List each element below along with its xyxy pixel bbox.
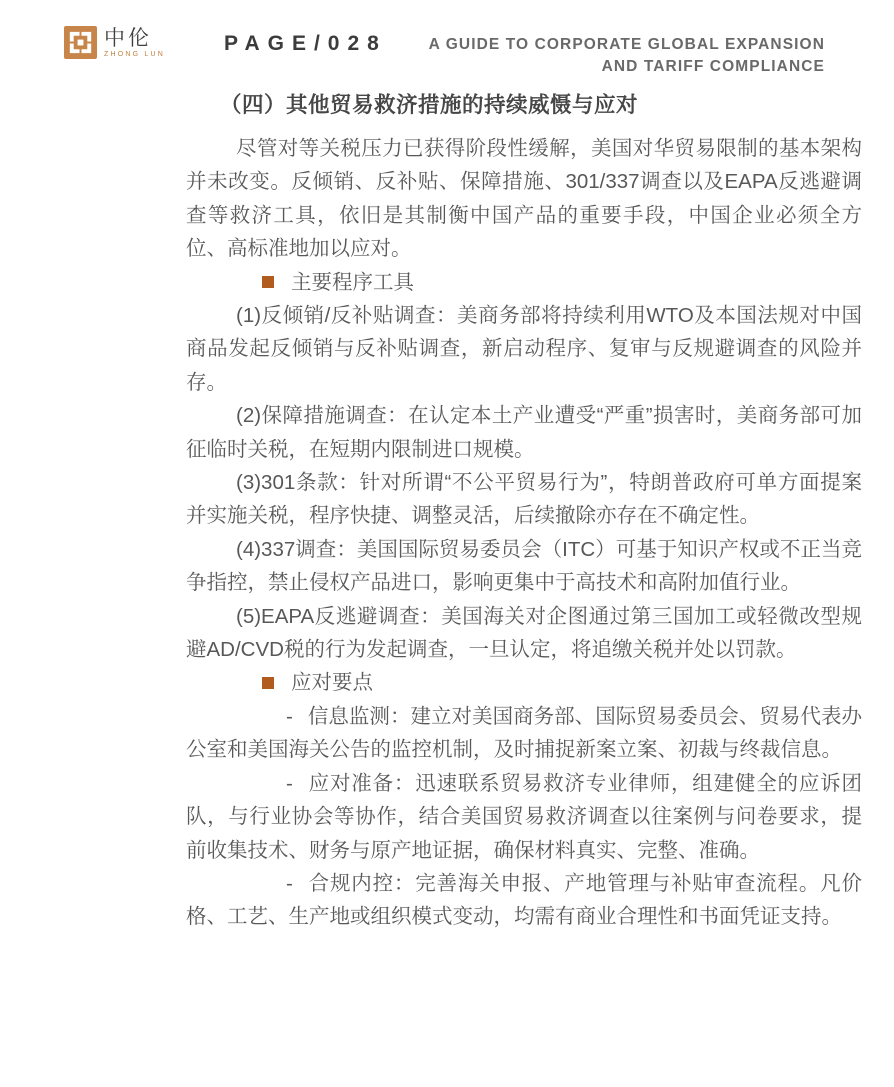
point-item-2: -应对准备：迅速联系贸易救济专业律师，组建健全的应诉团队，与行业协会等协作，结合… <box>186 767 862 867</box>
dash-bullet: - <box>236 867 293 900</box>
point-item-1: -信息监测：建立对美国商务部、国际贸易委员会、贸易代表办公室和美国海关公告的监控… <box>186 700 862 767</box>
tool-item-4: (4)337调查：美国国际贸易委员会（ITC）可基于知识产权或不正当竞争指控，禁… <box>186 533 862 600</box>
logo-text: 中伦 ZHONG LUN <box>104 26 165 59</box>
dash-bullet: - <box>236 767 293 800</box>
bullet-heading-points: 应对要点 <box>186 666 862 699</box>
tool-item-1: (1)反倾销/反补贴调查：美商务部将持续利用WTO及本国法规对中国商品发起反倾销… <box>186 299 862 399</box>
square-bullet-icon <box>262 677 274 689</box>
bullet-heading-label: 应对要点 <box>291 666 373 699</box>
tool-item-3: (3)301条款：针对所谓“不公平贸易行为”，特朗普政府可单方面提案并实施关税，… <box>186 466 862 533</box>
section-heading: （四）其他贸易救济措施的持续威慑与应对 <box>186 90 862 120</box>
document-page: 中伦 ZHONG LUN PAGE/028 A GUIDE TO CORPORA… <box>0 0 894 1087</box>
document-title-line1: A GUIDE TO CORPORATE GLOBAL EXPANSION <box>429 34 825 56</box>
tool-item-5: (5)EAPA反逃避调查：美国海关对企图通过第三国加工或轻微改型规避AD/CVD… <box>186 600 862 667</box>
bullet-heading-tools: 主要程序工具 <box>186 266 862 299</box>
tool-item-2: (2)保障措施调查：在认定本土产业遭受“严重”损害时，美商务部可加征临时关税，在… <box>186 399 862 466</box>
intro-paragraph: 尽管对等关税压力已获得阶段性缓解，美国对华贸易限制的基本架构并未改变。反倾销、反… <box>186 132 862 266</box>
bullet-heading-label: 主要程序工具 <box>291 266 414 299</box>
point-item-3: -合规内控：完善海关申报、产地管理与补贴审查流程。凡价格、工艺、生产地或组织模式… <box>186 867 862 934</box>
zhonglun-seal-icon <box>64 26 97 59</box>
logo-name-english: ZHONG LUN <box>104 51 165 59</box>
dash-bullet: - <box>236 700 293 733</box>
document-title: A GUIDE TO CORPORATE GLOBAL EXPANSION AN… <box>429 34 825 77</box>
logo-name-chinese: 中伦 <box>104 26 165 51</box>
square-bullet-icon <box>262 276 274 288</box>
document-title-line2: AND TARIFF COMPLIANCE <box>429 56 825 78</box>
page-number: PAGE/028 <box>224 32 387 56</box>
zhonglun-logo: 中伦 ZHONG LUN <box>64 26 165 59</box>
page-body: （四）其他贸易救济措施的持续威慑与应对 尽管对等关税压力已获得阶段性缓解，美国对… <box>186 90 862 934</box>
page-header: 中伦 ZHONG LUN PAGE/028 A GUIDE TO CORPORA… <box>0 0 894 86</box>
